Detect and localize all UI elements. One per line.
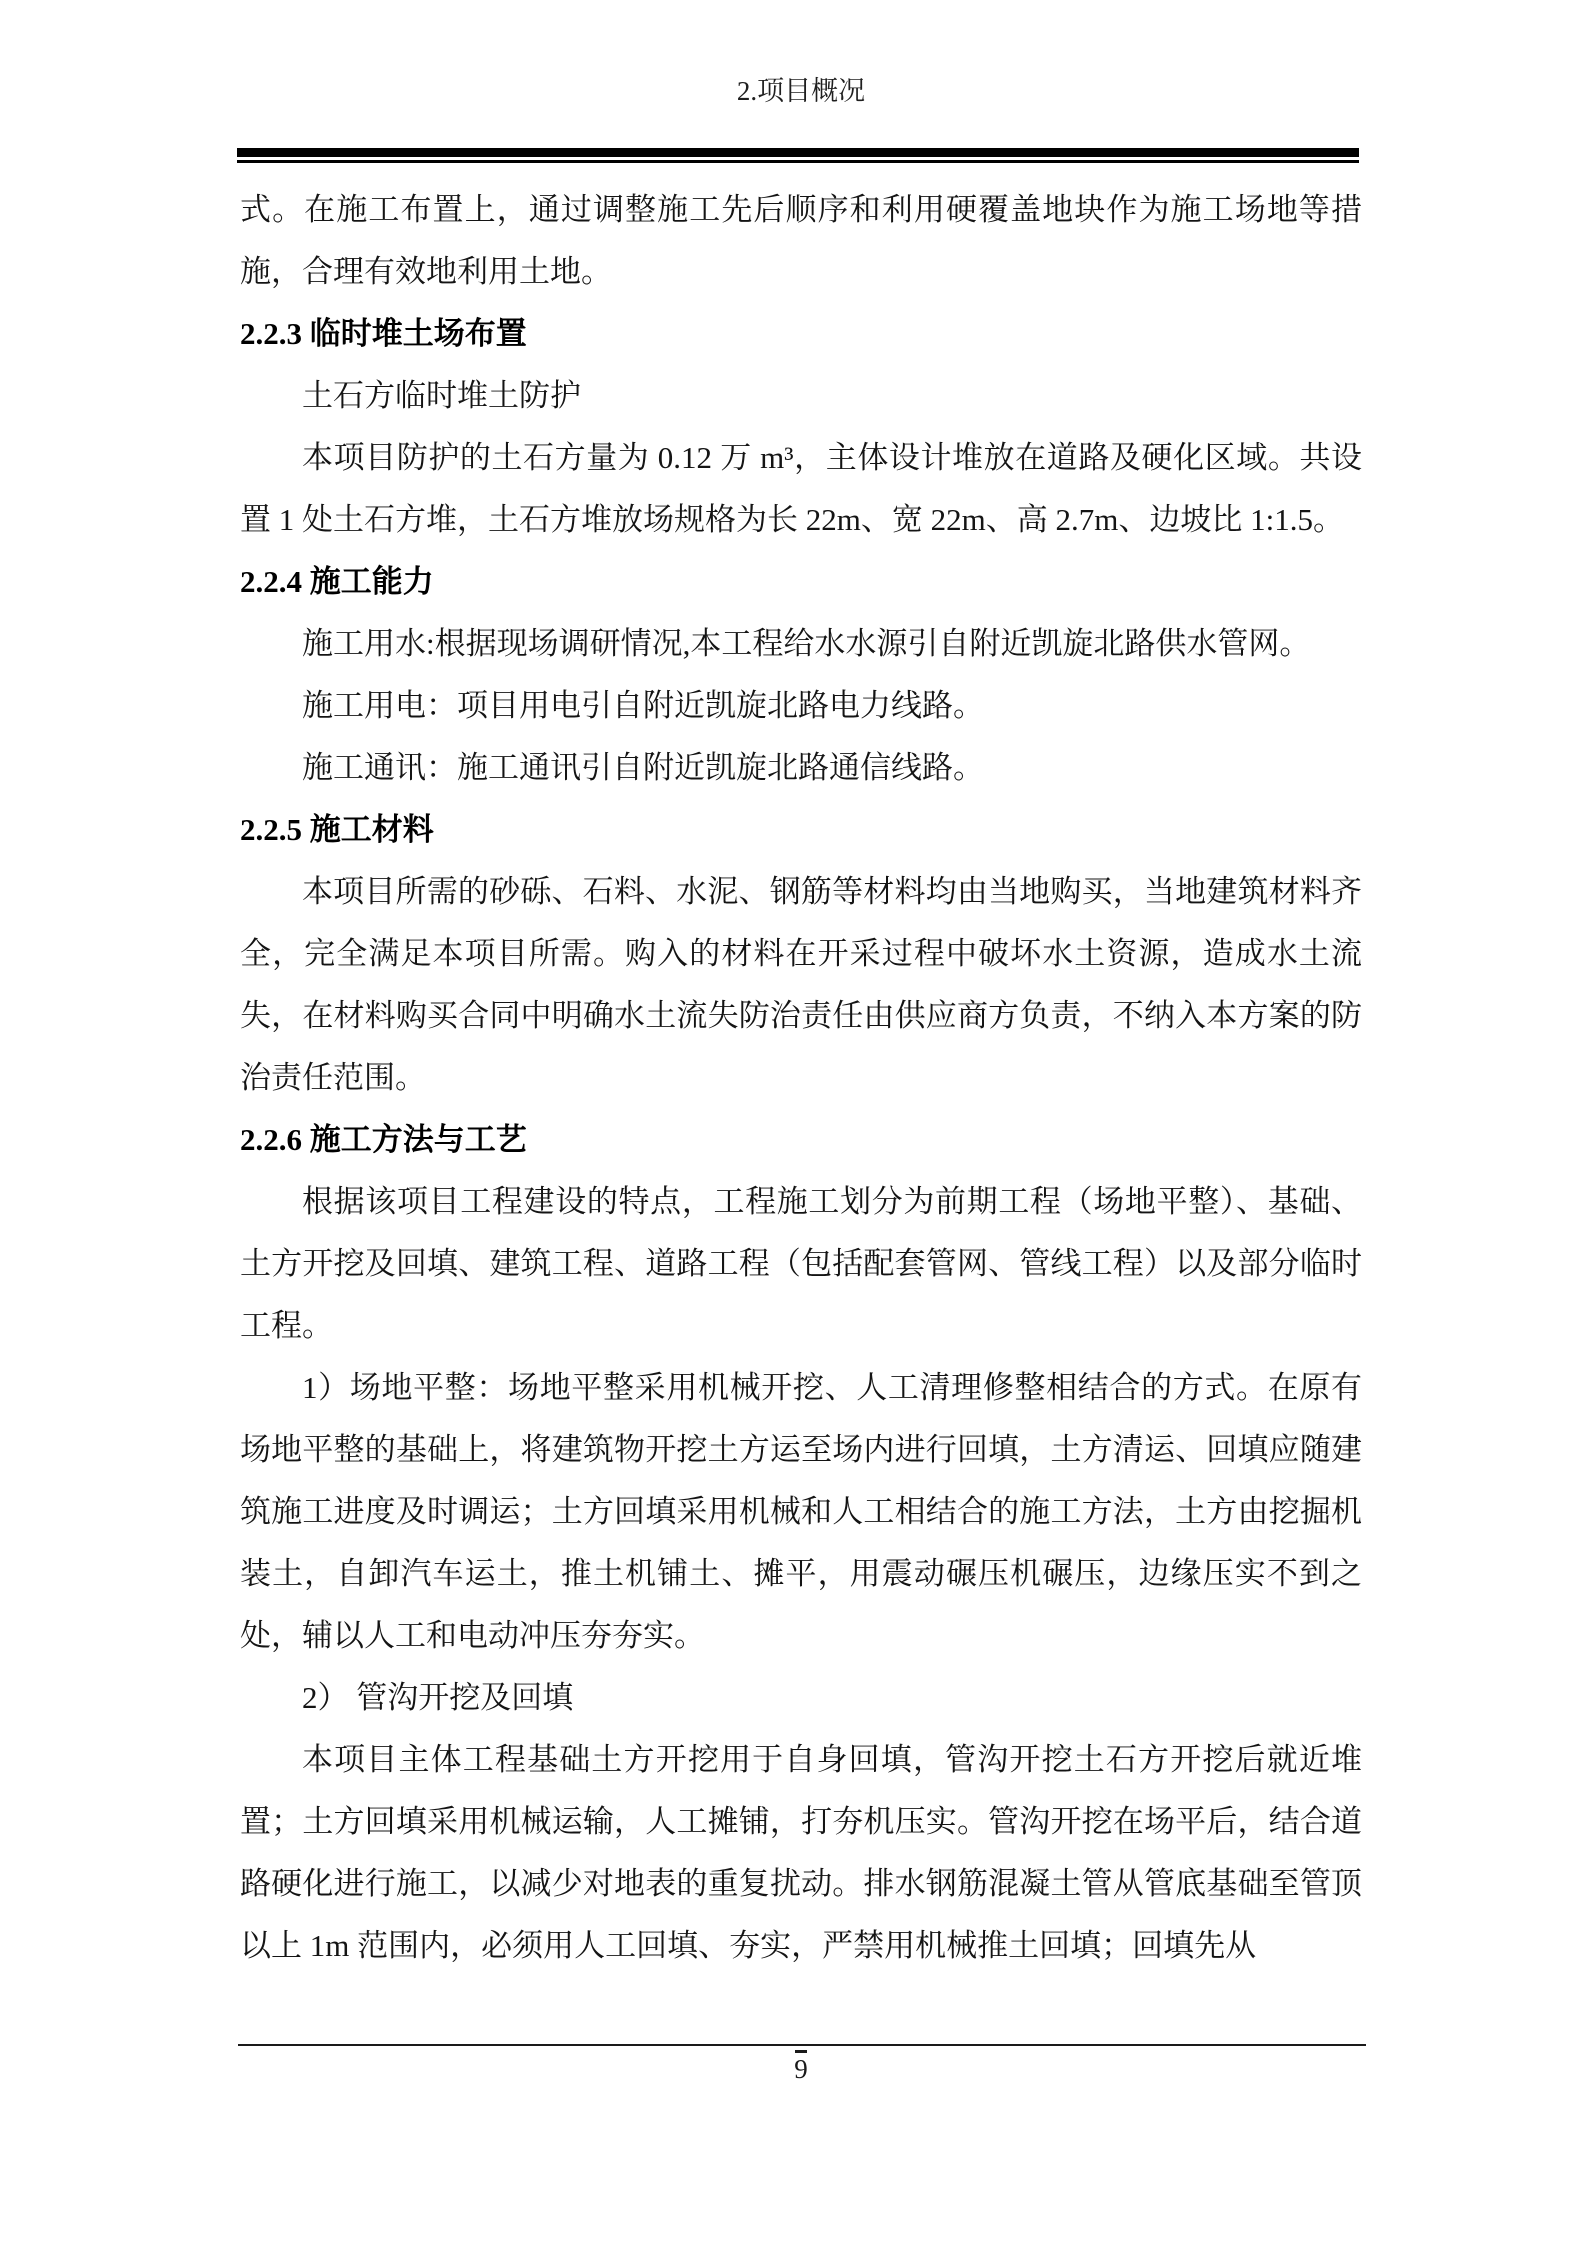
section-heading-2-2-4: 2.2.4 施工能力 — [240, 551, 1362, 613]
paragraph-construction-water: 施工用水:根据现场调研情况,本工程给水水源引自附近凯旋北路供水管网。 — [240, 613, 1362, 675]
document-page: 2.项目概况 式。在施工布置上，通过调整施工先后顺序和利用硬覆盖地块作为施工场地… — [0, 0, 1587, 2245]
page-header: 2.项目概况 — [238, 74, 1364, 108]
paragraph-continuation: 式。在施工布置上，通过调整施工先后顺序和利用硬覆盖地块作为施工场地等措施，合理有… — [240, 179, 1362, 303]
paragraph-construction-method-intro: 根据该项目工程建设的特点，工程施工划分为前期工程（场地平整）、基础、土方开挖及回… — [240, 1171, 1362, 1357]
paragraph-earthwork-protection-title: 土石方临时堆土防护 — [240, 365, 1362, 427]
paragraph-construction-materials: 本项目所需的砂砾、石料、水泥、钢筋等材料均由当地购买，当地建筑材料齐全，完全满足… — [240, 861, 1362, 1109]
section-heading-2-2-5: 2.2.5 施工材料 — [240, 799, 1362, 861]
paragraph-earthwork-protection-detail: 本项目防护的土石方量为 0.12 万 m³，主体设计堆放在道路及硬化区域。共设置… — [240, 427, 1362, 551]
header-title: 2.项目概况 — [737, 76, 865, 106]
paragraph-construction-telecom: 施工通讯：施工通讯引自附近凯旋北路通信线路。 — [240, 737, 1362, 799]
paragraph-construction-power: 施工用电：项目用电引自附近凯旋北路电力线路。 — [240, 675, 1362, 737]
document-body: 式。在施工布置上，通过调整施工先后顺序和利用硬覆盖地块作为施工场地等措施，合理有… — [240, 179, 1362, 1977]
paragraph-trench-excavation-detail: 本项目主体工程基础土方开挖用于自身回填，管沟开挖土石方开挖后就近堆置；土方回填采… — [240, 1729, 1362, 1977]
footer-page-number: 9 — [238, 2052, 1364, 2086]
paragraph-site-leveling: 1）场地平整：场地平整采用机械开挖、人工清理修整相结合的方式。在原有场地平整的基… — [240, 1357, 1362, 1667]
section-heading-2-2-6: 2.2.6 施工方法与工艺 — [240, 1109, 1362, 1171]
section-heading-2-2-3: 2.2.3 临时堆土场布置 — [240, 303, 1362, 365]
header-rule-thin — [237, 160, 1359, 163]
footer-rule — [238, 2044, 1366, 2046]
paragraph-trench-excavation-title: 2） 管沟开挖及回填 — [240, 1667, 1362, 1729]
header-rule-thick — [237, 148, 1359, 157]
